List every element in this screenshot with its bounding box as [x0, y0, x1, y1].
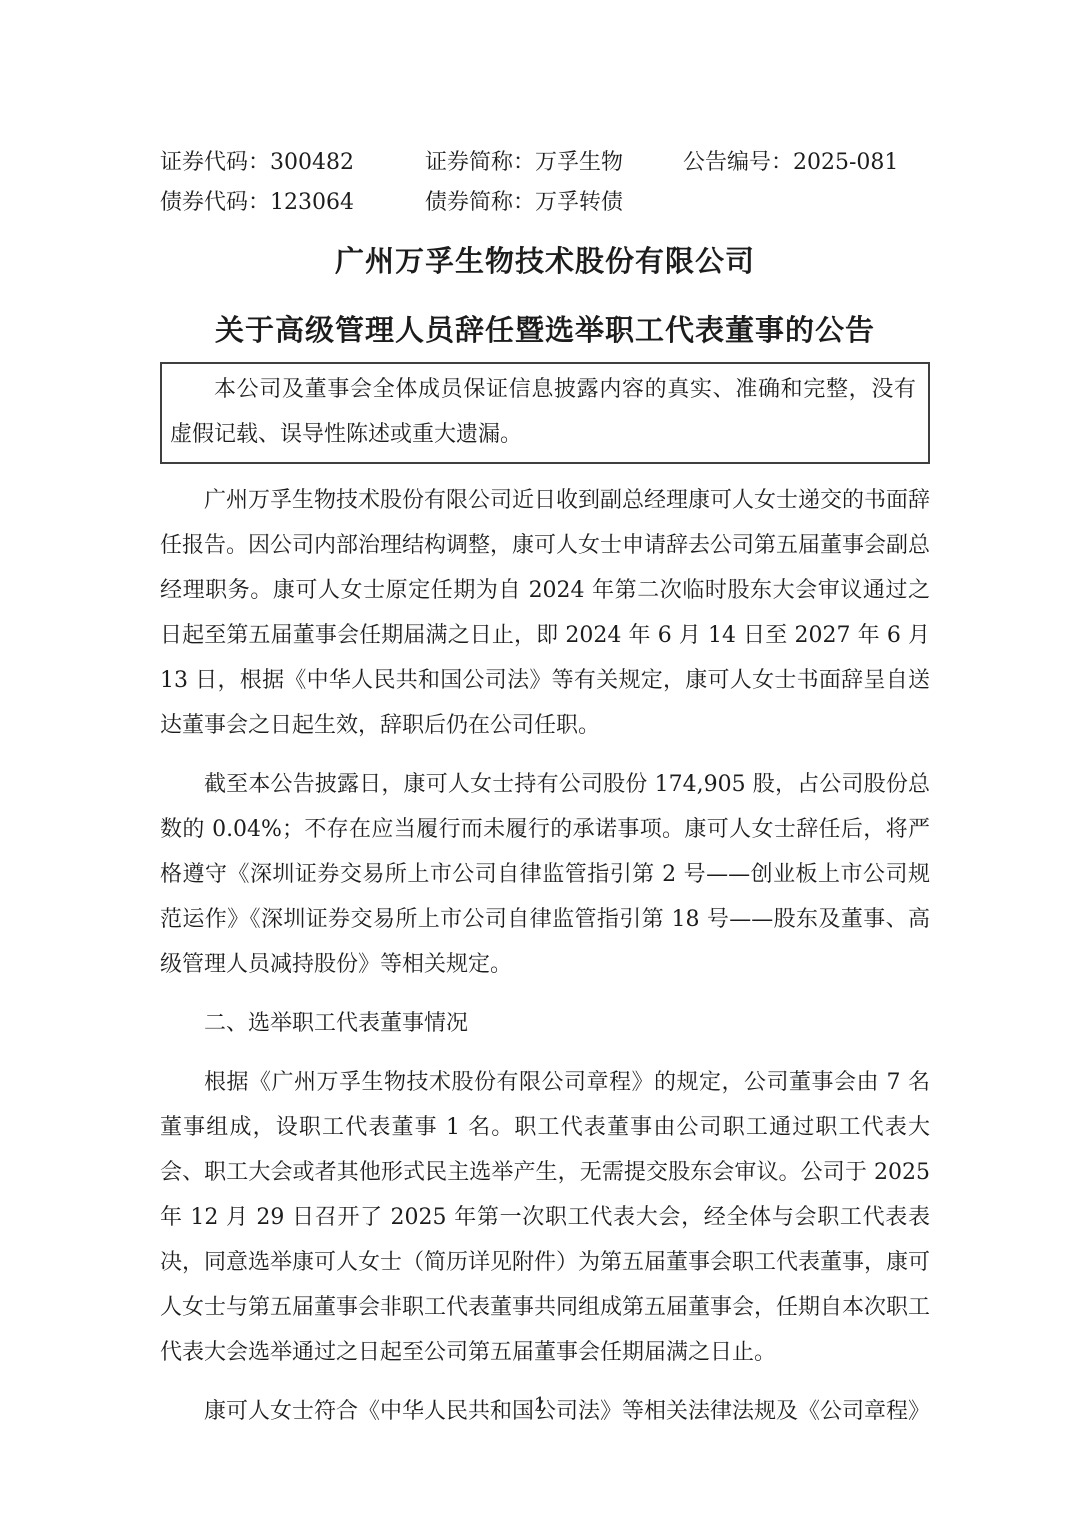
disclosure-statement-text: 本公司及董事会全体成员保证信息披露内容的真实、准确和完整，没有虚假记载、误导性陈… — [170, 367, 916, 457]
paragraph-election: 根据《广州万孚生物技术股份有限公司章程》的规定，公司董事会由 7 名董事组成，设… — [160, 1060, 930, 1375]
page-number: 1 — [0, 1390, 1080, 1418]
bond-short-name: 债券简称：万孚转债 — [425, 183, 683, 223]
announcement-title: 关于高级管理人员辞任暨选举职工代表董事的公告 — [160, 312, 930, 348]
document-header: 证券代码：300482 证券简称：万孚生物 公告编号：2025-081 债券代码… — [160, 143, 930, 223]
paragraph-shareholding: 截至本公告披露日，康可人女士持有公司股份 174,905 股，占公司股份总数的 … — [160, 762, 930, 987]
header-row-stock: 证券代码：300482 证券简称：万孚生物 公告编号：2025-081 — [160, 143, 930, 183]
header-row-bond: 债券代码：123064 债券简称：万孚转债 — [160, 183, 930, 223]
stock-short-name: 证券简称：万孚生物 — [425, 143, 683, 183]
bond-code: 债券代码：123064 — [160, 183, 425, 223]
announcement-number: 公告编号：2025-081 — [683, 143, 930, 183]
stock-code: 证券代码：300482 — [160, 143, 425, 183]
header-spacer — [683, 183, 930, 223]
document-body: 广州万孚生物技术股份有限公司近日收到副总经理康可人女士递交的书面辞任报告。因公司… — [160, 478, 930, 1434]
section-heading-election: 二、选举职工代表董事情况 — [160, 1001, 930, 1046]
paragraph-resignation: 广州万孚生物技术股份有限公司近日收到副总经理康可人女士递交的书面辞任报告。因公司… — [160, 478, 930, 748]
company-title: 广州万孚生物技术股份有限公司 — [160, 243, 930, 279]
disclosure-statement-box: 本公司及董事会全体成员保证信息披露内容的真实、准确和完整，没有虚假记载、误导性陈… — [160, 362, 930, 464]
document-page: 证券代码：300482 证券简称：万孚生物 公告编号：2025-081 债券代码… — [0, 0, 1080, 1527]
